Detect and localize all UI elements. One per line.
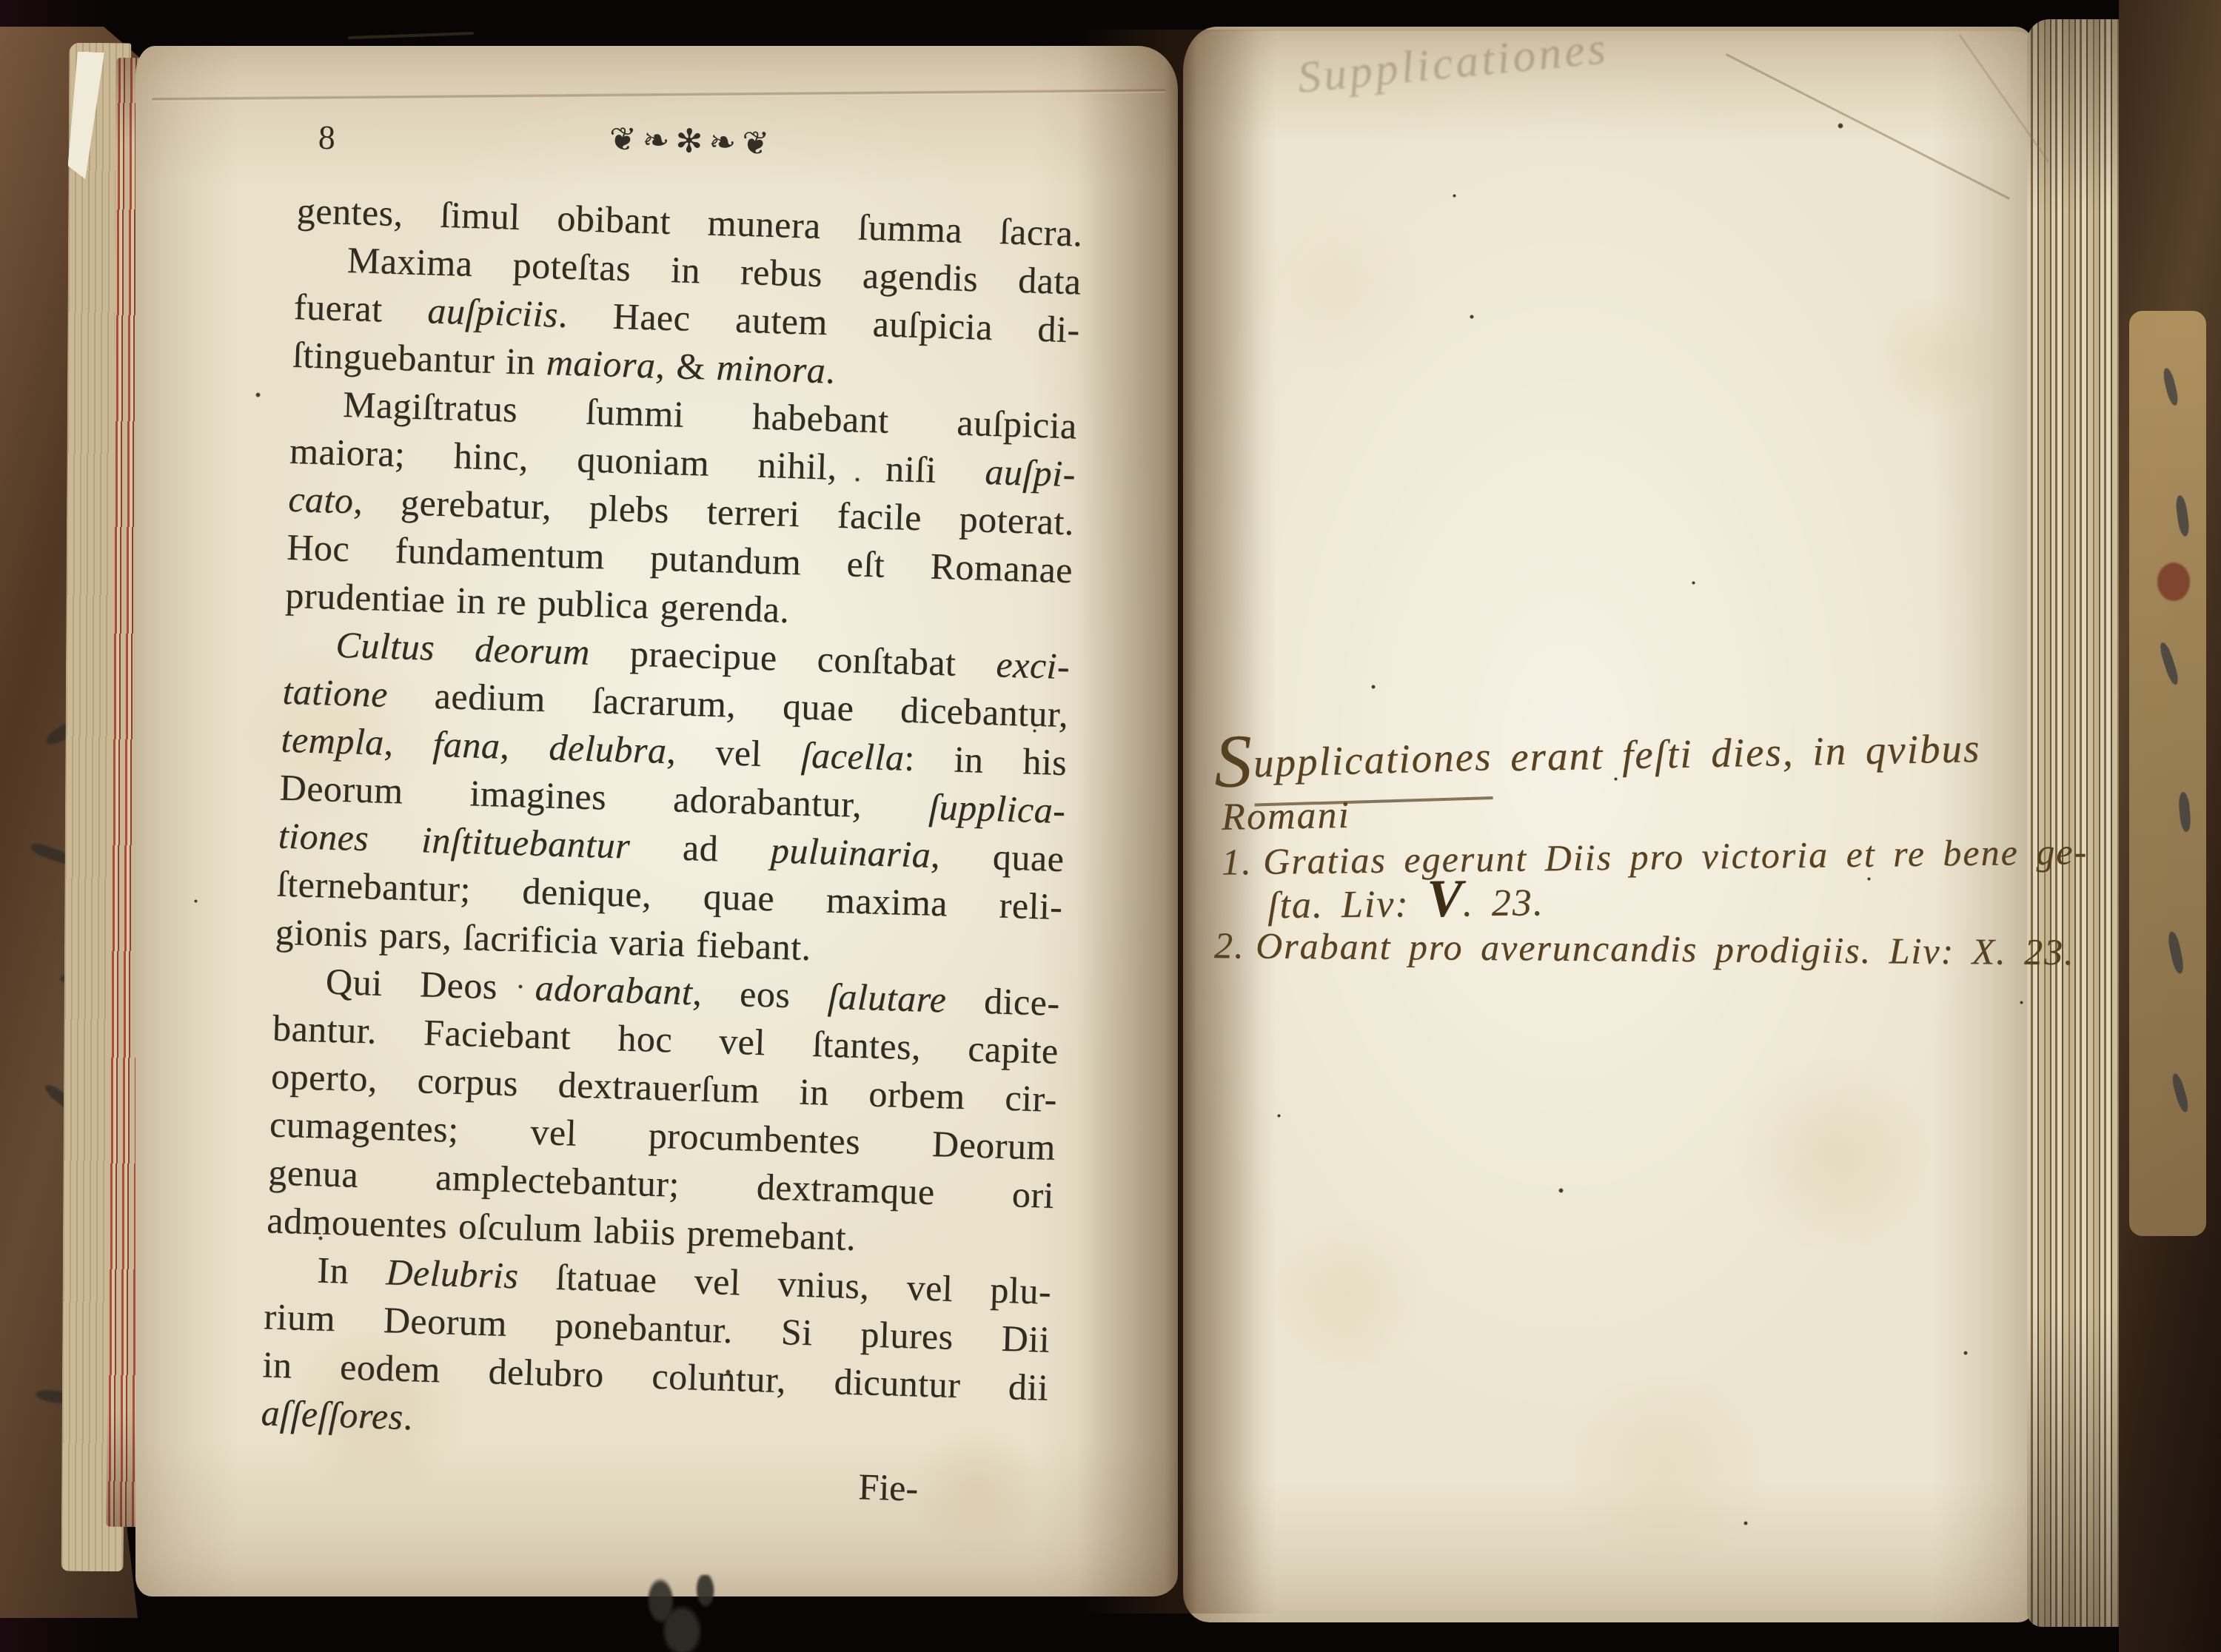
bold-numeral-v: V — [1427, 868, 1463, 927]
foxing-spot — [194, 899, 198, 903]
foxing-spot — [1277, 1114, 1281, 1118]
cover-stain-blob — [2157, 563, 2190, 601]
item-number: 1. — [1222, 840, 1264, 884]
heading-rest: erant feſti dies, in qvibus — [1492, 725, 1981, 780]
patch-glyph-mark — [2170, 1072, 2190, 1113]
foxing-spot — [1371, 685, 1376, 689]
foxing-spot — [1963, 1351, 1968, 1355]
book-photo: 8 ❦❧✻❧❦ gentes, ſimul obibant munera ſum… — [0, 0, 2221, 1652]
patch-glyph-mark — [2178, 791, 2192, 832]
left-page-lines: gentes, ſimul obibant munera ſumma ſacra… — [261, 187, 1084, 1460]
foxing-spot — [1033, 729, 1036, 733]
cover-manuscript-patch — [2129, 311, 2206, 1236]
foxing-spot — [255, 392, 261, 397]
patch-glyph-mark — [2158, 641, 2181, 686]
item-number: 2. — [1214, 924, 1256, 967]
ink-smudge — [622, 1573, 770, 1652]
foxing-spot — [2020, 1001, 2023, 1004]
foxing-spot — [896, 222, 900, 226]
continuation-post: . 23. — [1462, 882, 1544, 924]
annotation-item-1-continuation: ſta. Liv: V. 23. — [1267, 874, 2137, 929]
foxing-spot — [1692, 581, 1695, 585]
foxing-spot — [1743, 1521, 1748, 1525]
continuation-pre: ſta. Liv: — [1267, 883, 1427, 927]
foxing-spot — [1867, 877, 1871, 881]
foxing-spot — [726, 1369, 731, 1374]
annotation-item-2: 2. Orabant pro averuncandis prodigiis. L… — [1214, 922, 2137, 976]
foxing-spot — [1453, 194, 1456, 198]
patch-glyph-mark — [2161, 367, 2180, 407]
patch-glyph-mark — [2166, 930, 2185, 975]
foxing-spot — [318, 1236, 323, 1240]
item-text: Orabant pro averuncandis prodigiis. Liv:… — [1256, 923, 2075, 976]
left-page-print: 8 ❦❧✻❧❦ gentes, ſimul obibant munera ſum… — [259, 110, 1086, 1514]
faded-inscription-flourish — [348, 32, 474, 39]
patch-glyph-mark — [2174, 494, 2191, 537]
foxing-spot — [1470, 315, 1474, 319]
foxing-spot — [1614, 777, 1618, 781]
heading-initial: S — [1213, 733, 1253, 791]
foxing-spot — [518, 984, 523, 989]
foxing-spot — [1558, 1188, 1564, 1193]
foxing-spot — [1838, 123, 1843, 129]
foxing-spot — [855, 477, 860, 482]
manuscript-annotation: Supplicationes erant feſti dies, in qvib… — [1214, 715, 2137, 972]
